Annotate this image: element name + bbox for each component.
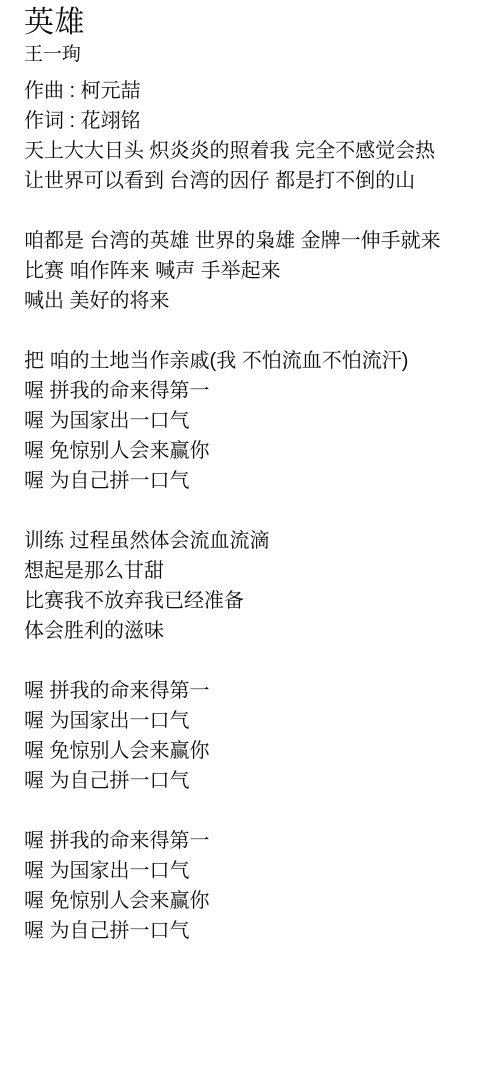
lyric-line: 喔 为国家出一口气: [24, 406, 476, 436]
lyric-line: 咱都是 台湾的英雄 世界的枭雄 金牌一伸手就来: [24, 226, 476, 256]
lyric-line: 让世界可以看到 台湾的因仔 都是打不倒的山: [24, 166, 476, 196]
stanza-6: 喔 拼我的命来得第一 喔 为国家出一口气 喔 免惊别人会来赢你 喔 为自己拼一口…: [24, 826, 476, 946]
lyric-line: 喔 免惊别人会来赢你: [24, 436, 476, 466]
lyric-line: 体会胜利的滋味: [24, 616, 476, 646]
lyric-line: 喔 为国家出一口气: [24, 856, 476, 886]
song-title: 英雄: [24, 4, 476, 42]
lyric-line: 喔 拼我的命来得第一: [24, 376, 476, 406]
stanza-5: 喔 拼我的命来得第一 喔 为国家出一口气 喔 免惊别人会来赢你 喔 为自己拼一口…: [24, 676, 476, 796]
lyric-line: 喔 免惊别人会来赢你: [24, 736, 476, 766]
lyric-line: 训练 过程虽然体会流血流滴: [24, 526, 476, 556]
credits-stanza: 作曲 : 柯元喆 作词 : 花翊铭: [24, 76, 476, 136]
stanza-4: 训练 过程虽然体会流血流滴 想起是那么甘甜 比赛我不放弃我已经准备 体会胜利的滋…: [24, 526, 476, 646]
artist-name: 王一珣: [24, 42, 476, 68]
lyrics-body: 作曲 : 柯元喆 作词 : 花翊铭 天上大大日头 炽炎炎的照着我 完全不感觉会热…: [24, 76, 476, 946]
lyric-line: 比赛我不放弃我已经准备: [24, 586, 476, 616]
composer-credit: 作曲 : 柯元喆: [24, 76, 476, 106]
lyric-line: 喔 为自己拼一口气: [24, 466, 476, 496]
stanza-1: 天上大大日头 炽炎炎的照着我 完全不感觉会热 让世界可以看到 台湾的因仔 都是打…: [24, 136, 476, 196]
lyrics-page: 英雄 王一珣 作曲 : 柯元喆 作词 : 花翊铭 天上大大日头 炽炎炎的照着我 …: [24, 4, 476, 946]
lyric-line: 喔 拼我的命来得第一: [24, 826, 476, 856]
lyricist-credit: 作词 : 花翊铭: [24, 106, 476, 136]
lyric-line: 喔 免惊别人会来赢你: [24, 886, 476, 916]
lyric-line: 喔 拼我的命来得第一: [24, 676, 476, 706]
lyric-line: 想起是那么甘甜: [24, 556, 476, 586]
lyric-line: 把 咱的土地当作亲戚(我 不怕流血不怕流汗): [24, 346, 476, 376]
stanza-3: 把 咱的土地当作亲戚(我 不怕流血不怕流汗) 喔 拼我的命来得第一 喔 为国家出…: [24, 346, 476, 496]
lyric-line: 喊出 美好的将来: [24, 286, 476, 316]
lyric-line: 比赛 咱作阵来 喊声 手举起来: [24, 256, 476, 286]
stanza-2: 咱都是 台湾的英雄 世界的枭雄 金牌一伸手就来 比赛 咱作阵来 喊声 手举起来 …: [24, 226, 476, 316]
lyric-line: 天上大大日头 炽炎炎的照着我 完全不感觉会热: [24, 136, 476, 166]
lyric-line: 喔 为自己拼一口气: [24, 916, 476, 946]
lyric-line: 喔 为国家出一口气: [24, 706, 476, 736]
lyric-line: 喔 为自己拼一口气: [24, 766, 476, 796]
